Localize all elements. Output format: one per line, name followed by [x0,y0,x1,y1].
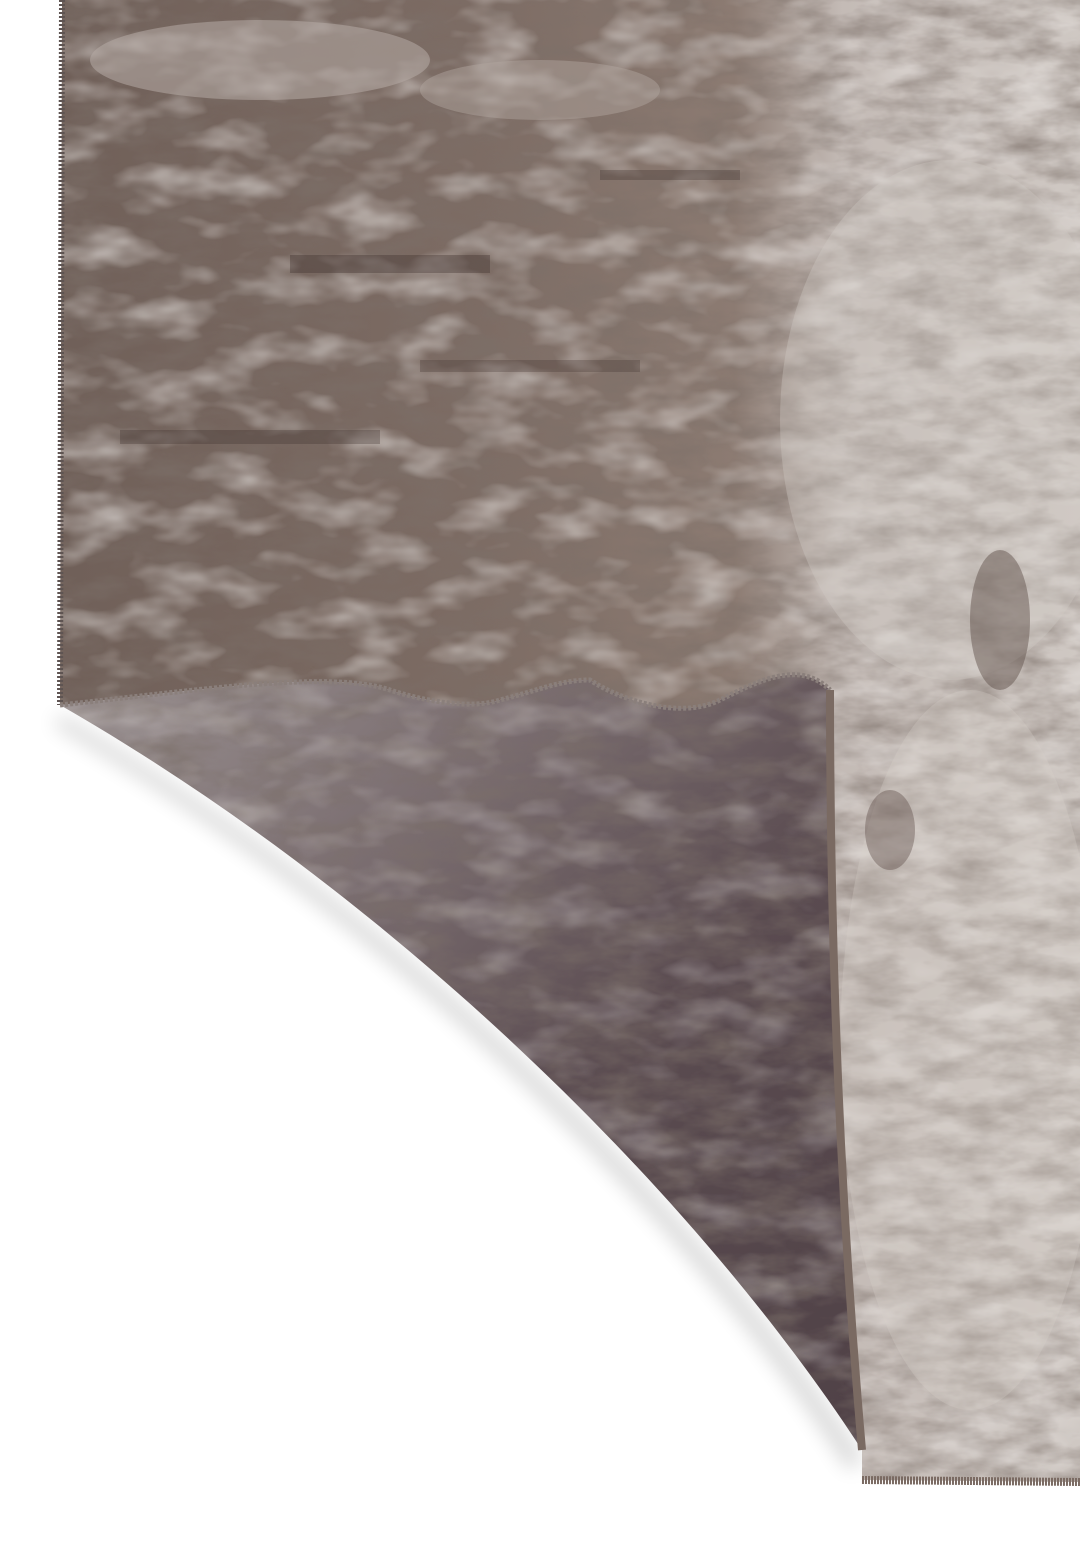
product-photo [0,0,1080,1552]
rug-folded-corner-back [0,600,900,1500]
rug-illustration [0,0,1080,1552]
